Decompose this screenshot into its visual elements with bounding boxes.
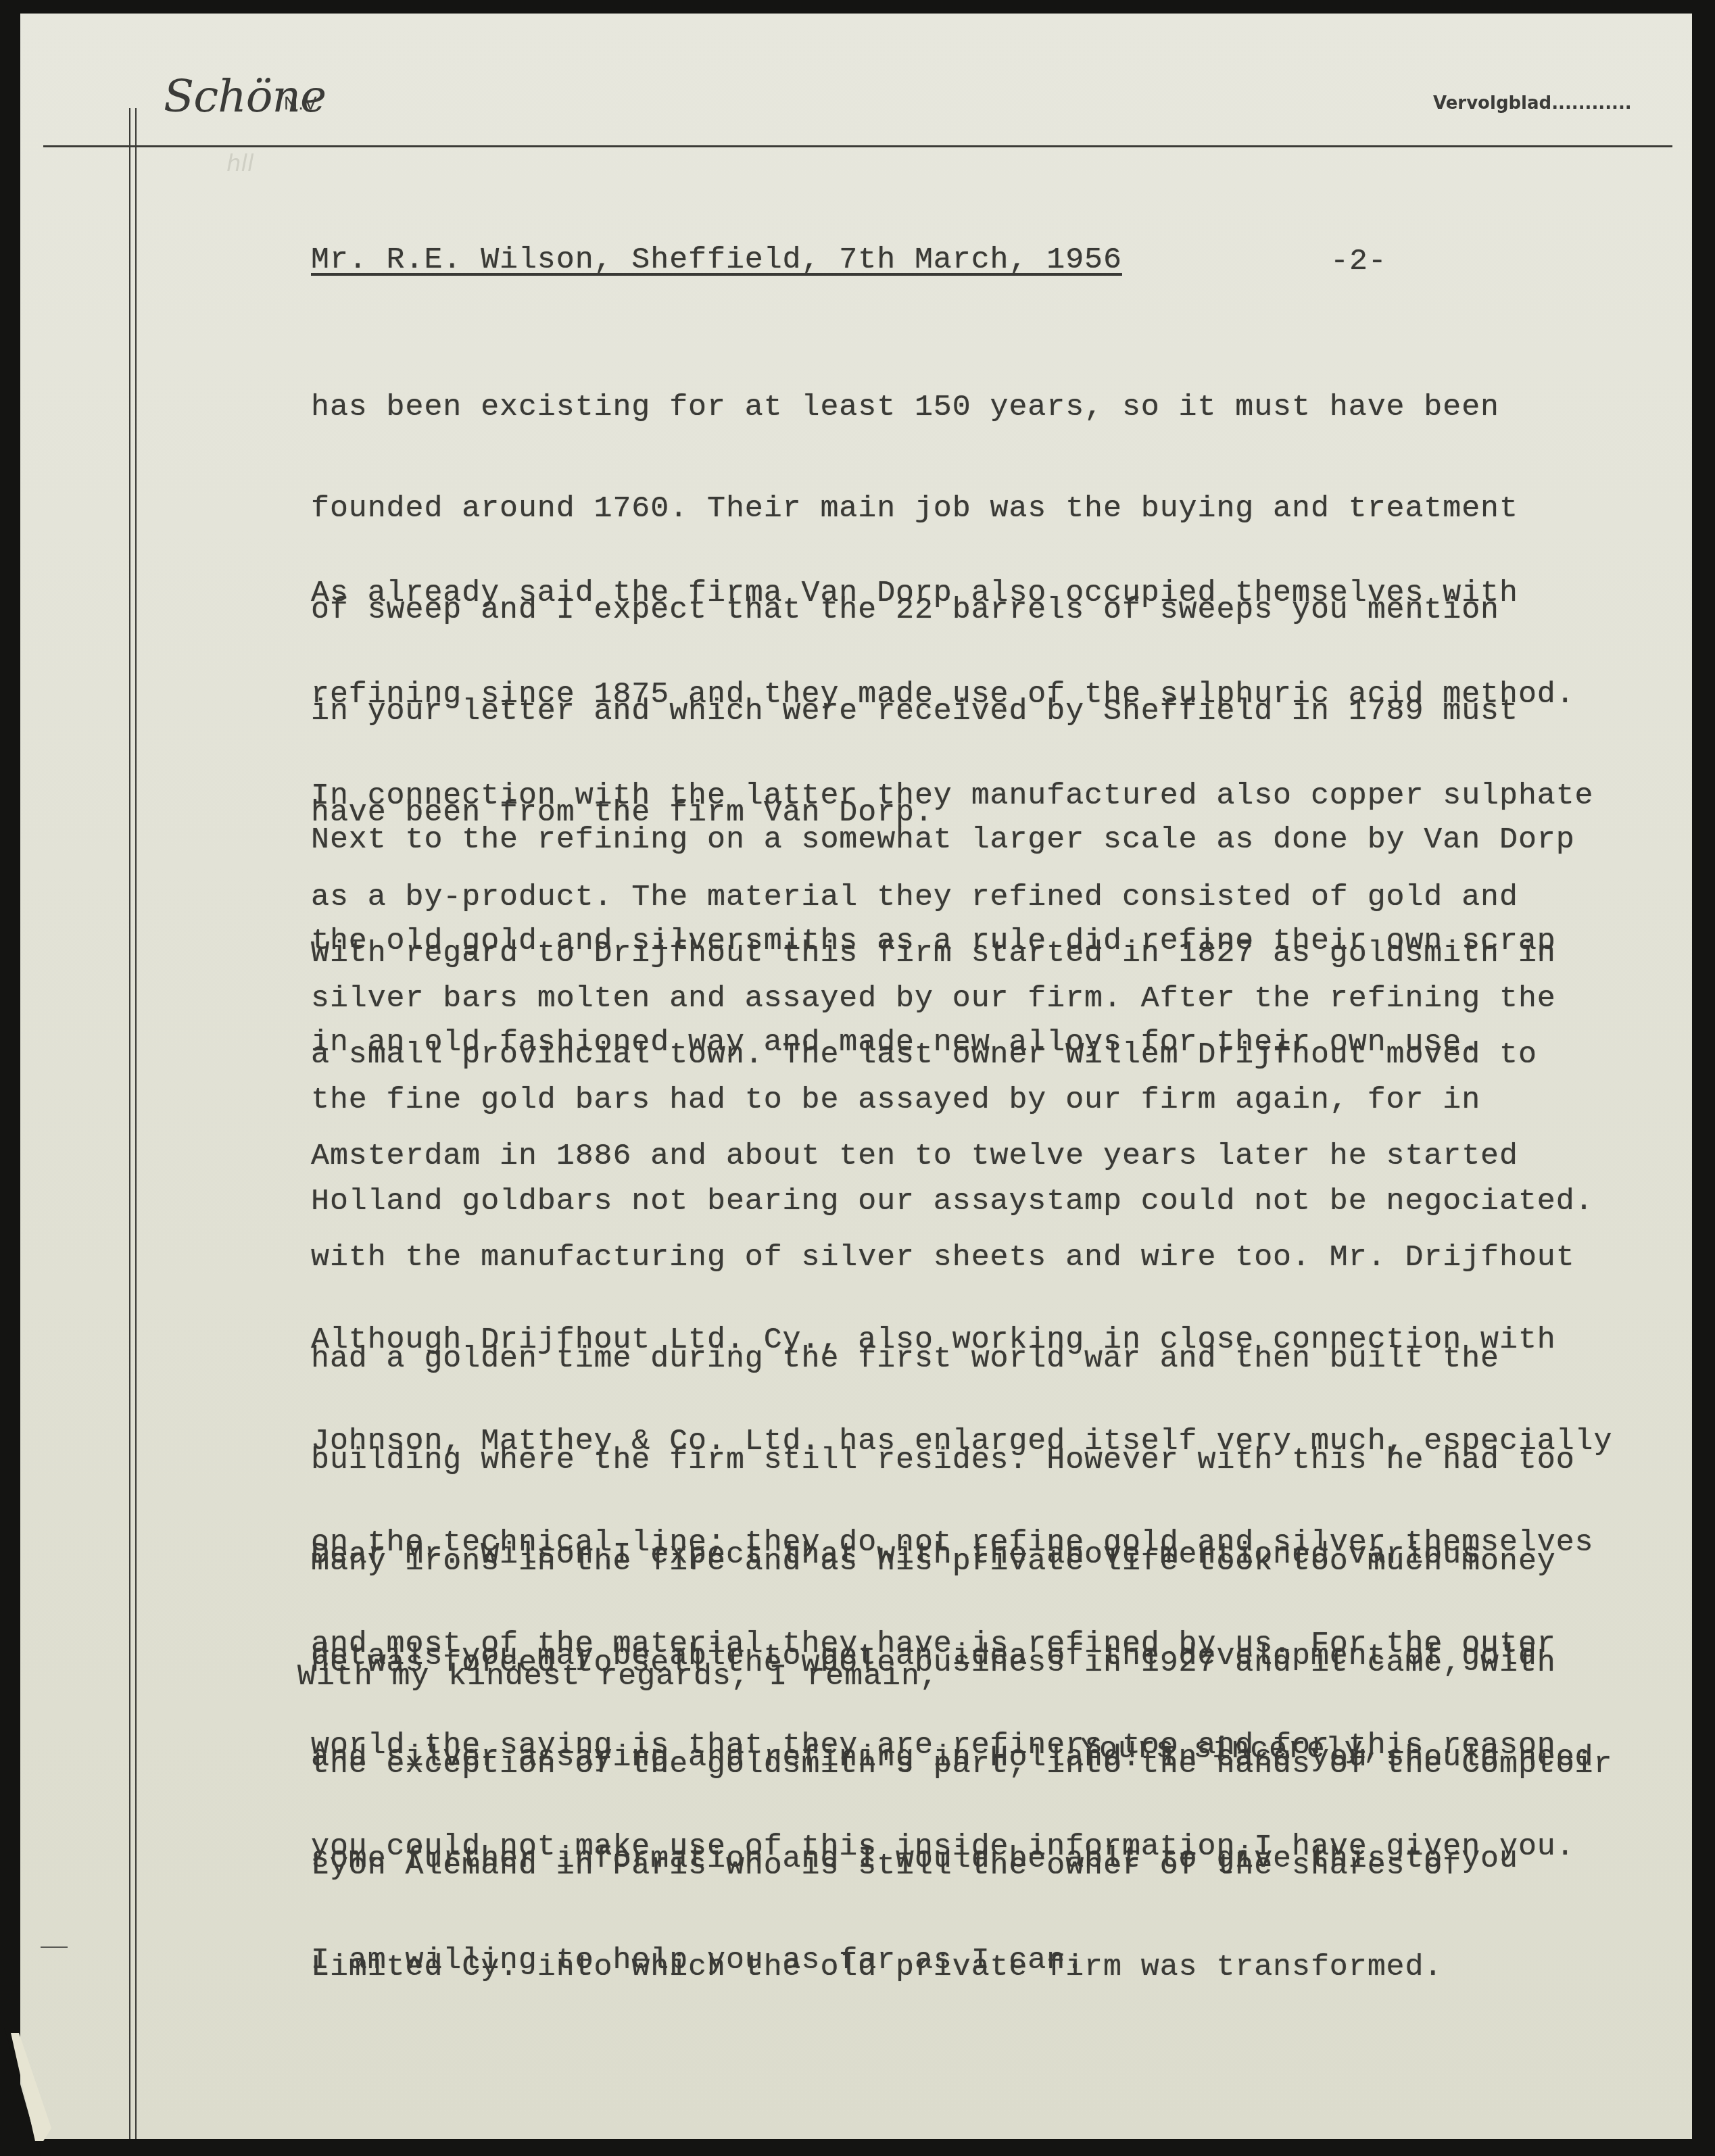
paragraph-6: Dear Mr. Wilson I expect that with the a… bbox=[311, 1471, 1594, 2011]
pencil-annotation: hll bbox=[226, 150, 253, 177]
margin-rule-left bbox=[129, 108, 130, 2139]
text-line: Amsterdam in 1886 and about ten to twelv… bbox=[311, 1140, 1612, 1173]
text-line: a small provincial town. The last owner … bbox=[311, 1038, 1612, 1072]
fold-tick-mark bbox=[41, 1946, 68, 1948]
text-line: Next to the refining on a somewhat large… bbox=[311, 823, 1575, 857]
text-line: some further information and I would be … bbox=[311, 1842, 1594, 1876]
text-line: I am willing to help you as far as I can… bbox=[311, 1944, 1594, 1978]
text-line: With regard to Drijfhout this firm start… bbox=[311, 937, 1612, 971]
closing-line: With my kindest regards, I remain, bbox=[297, 1660, 939, 1694]
text-line: refining since 1875 and they made use of… bbox=[311, 678, 1594, 712]
header-rule bbox=[43, 145, 1672, 147]
company-suffix: N.V. bbox=[284, 93, 322, 114]
margin-rule-right bbox=[135, 108, 137, 2139]
page-number: -2- bbox=[1330, 245, 1387, 278]
text-line: Johnson, Matthey & Co. Ltd. has enlarged… bbox=[311, 1425, 1612, 1459]
text-line: and silver assaying and refining in Holl… bbox=[311, 1741, 1594, 1775]
text-line: Dear Mr. Wilson I expect that with the a… bbox=[311, 1538, 1594, 1572]
continuation-sheet-label: Vervolgblad............ bbox=[1433, 93, 1632, 114]
text-line: has been excisting for at least 150 year… bbox=[311, 391, 1518, 424]
text-line: As already said the firma Van Dorp also … bbox=[311, 577, 1594, 610]
recipient-heading: Mr. R.E. Wilson, Sheffield, 7th March, 1… bbox=[311, 243, 1122, 277]
text-line: Although Drijfhout Ltd. Cy., also workin… bbox=[311, 1323, 1612, 1357]
signoff: Yours sincerely, bbox=[1080, 1733, 1382, 1767]
